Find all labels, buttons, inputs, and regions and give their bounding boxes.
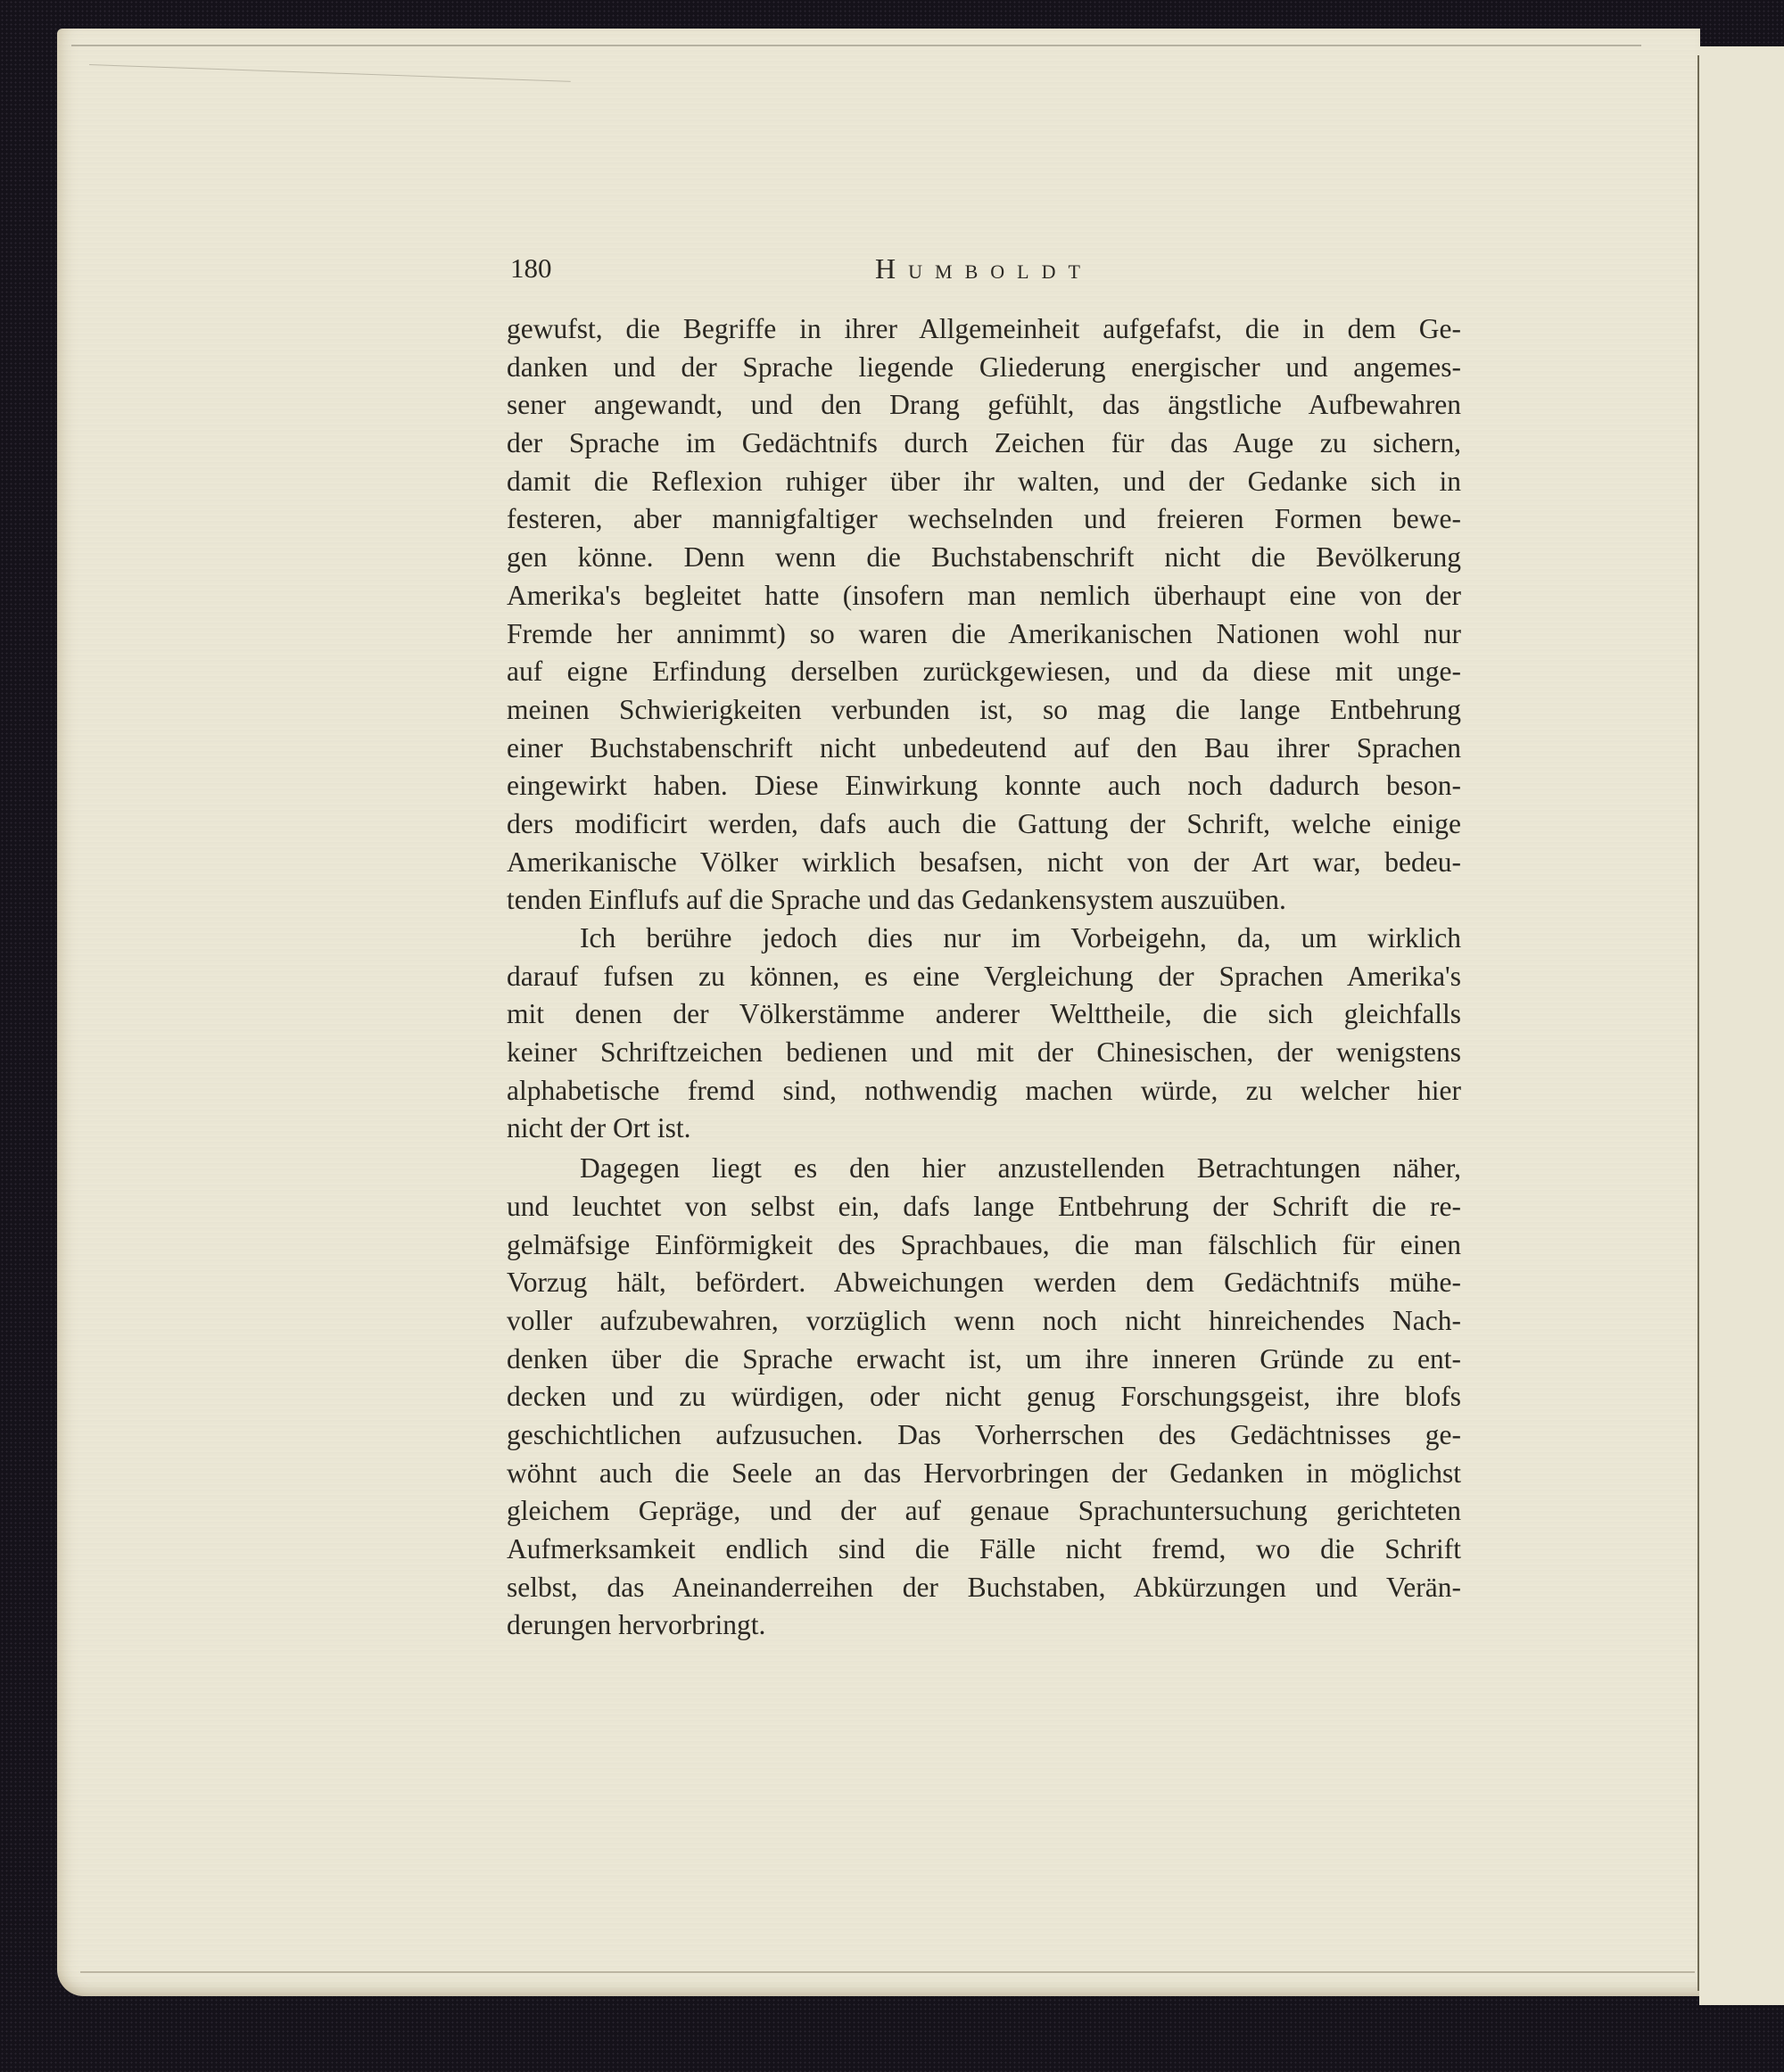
text-line: geschichtlichen aufzusuchen. Das Vorherr… bbox=[507, 1416, 1461, 1455]
text-line: Amerikanische Völker wirklich besafsen, … bbox=[507, 844, 1461, 882]
text-line: keiner Schriftzeichen bedienen und mit d… bbox=[507, 1034, 1461, 1072]
text-line: meinen Schwierigkeiten verbunden ist, so… bbox=[507, 691, 1461, 730]
page-top-edge bbox=[71, 45, 1641, 49]
text-line: einer Buchstabenschrift nicht unbedeuten… bbox=[507, 730, 1461, 768]
running-title: Humboldt bbox=[875, 252, 1093, 285]
text-line: wöhnt auch die Seele an das Hervorbringe… bbox=[507, 1455, 1461, 1493]
text-line: festeren, aber mannigfaltiger wechselnde… bbox=[507, 500, 1461, 539]
paragraph: gewufst, die Begriffe in ihrer Allgemein… bbox=[507, 310, 1461, 920]
paragraph: Ich berühre jedoch dies nur im Vorbeigeh… bbox=[507, 920, 1461, 1148]
text-line: decken und zu würdigen, oder nicht genug… bbox=[507, 1378, 1461, 1416]
book-spine-gutter bbox=[1697, 55, 1699, 1991]
text-line: gleichem Gepräge, und der auf genaue Spr… bbox=[507, 1492, 1461, 1531]
text-line: voller aufzubewahren, vorzüglich wenn no… bbox=[507, 1302, 1461, 1341]
text-line: Dagegen liegt es den hier anzustellenden… bbox=[507, 1150, 1461, 1188]
running-head: 180 Humboldt bbox=[507, 252, 1461, 297]
text-line: darauf fufsen zu können, es eine Verglei… bbox=[507, 958, 1461, 996]
text-line: gen könne. Denn wenn die Buchstabenschri… bbox=[507, 539, 1461, 577]
text-line: ders modificirt werden, dafs auch die Ga… bbox=[507, 805, 1461, 844]
text-line: damit die Reflexion ruhiger über ihr wal… bbox=[507, 463, 1461, 501]
text-line: nicht der Ort ist. bbox=[507, 1110, 1461, 1148]
text-line: und leuchtet von selbst ein, dafs lange … bbox=[507, 1188, 1461, 1226]
text-line: danken und der Sprache liegende Gliederu… bbox=[507, 349, 1461, 387]
text-line: derungen hervorbringt. bbox=[507, 1606, 1461, 1645]
paragraph: Dagegen liegt es den hier anzustellenden… bbox=[507, 1150, 1461, 1645]
text-line: denken über die Sprache erwacht ist, um … bbox=[507, 1341, 1461, 1379]
text-line: Amerika's begleitet hatte (insofern man … bbox=[507, 577, 1461, 615]
text-line: Ich berühre jedoch dies nur im Vorbeigeh… bbox=[507, 920, 1461, 958]
text-line: Aufmerksamkeit endlich sind die Fälle ni… bbox=[507, 1531, 1461, 1569]
text-line: tenden Einflufs auf die Sprache und das … bbox=[507, 881, 1461, 920]
text-line: auf eigne Erfindung derselben zurückgewi… bbox=[507, 653, 1461, 691]
text-line: der Sprache im Gedächtnifs durch Zeichen… bbox=[507, 425, 1461, 463]
text-line: selbst, das Aneinanderreihen der Buchsta… bbox=[507, 1569, 1461, 1607]
text-line: Fremde her annimmt) so waren die Amerika… bbox=[507, 615, 1461, 654]
text-line: Vorzug hält, befördert. Abweichungen wer… bbox=[507, 1264, 1461, 1302]
body-text: gewufst, die Begriffe in ihrer Allgemein… bbox=[507, 310, 1461, 1645]
text-line: alphabetische fremd sind, nothwendig mac… bbox=[507, 1072, 1461, 1110]
facing-page-sliver bbox=[1699, 46, 1784, 2005]
text-line: gewufst, die Begriffe in ihrer Allgemein… bbox=[507, 310, 1461, 349]
text-line: eingewirkt haben. Diese Einwirkung konnt… bbox=[507, 767, 1461, 805]
text-line: mit denen der Völkerstämme anderer Weltt… bbox=[507, 995, 1461, 1034]
page-bottom-edge bbox=[80, 1971, 1695, 1975]
text-line: gelmäfsige Einförmigkeit des Sprachbaues… bbox=[507, 1226, 1461, 1265]
text-line: sener angewandt, und den Drang gefühlt, … bbox=[507, 386, 1461, 425]
